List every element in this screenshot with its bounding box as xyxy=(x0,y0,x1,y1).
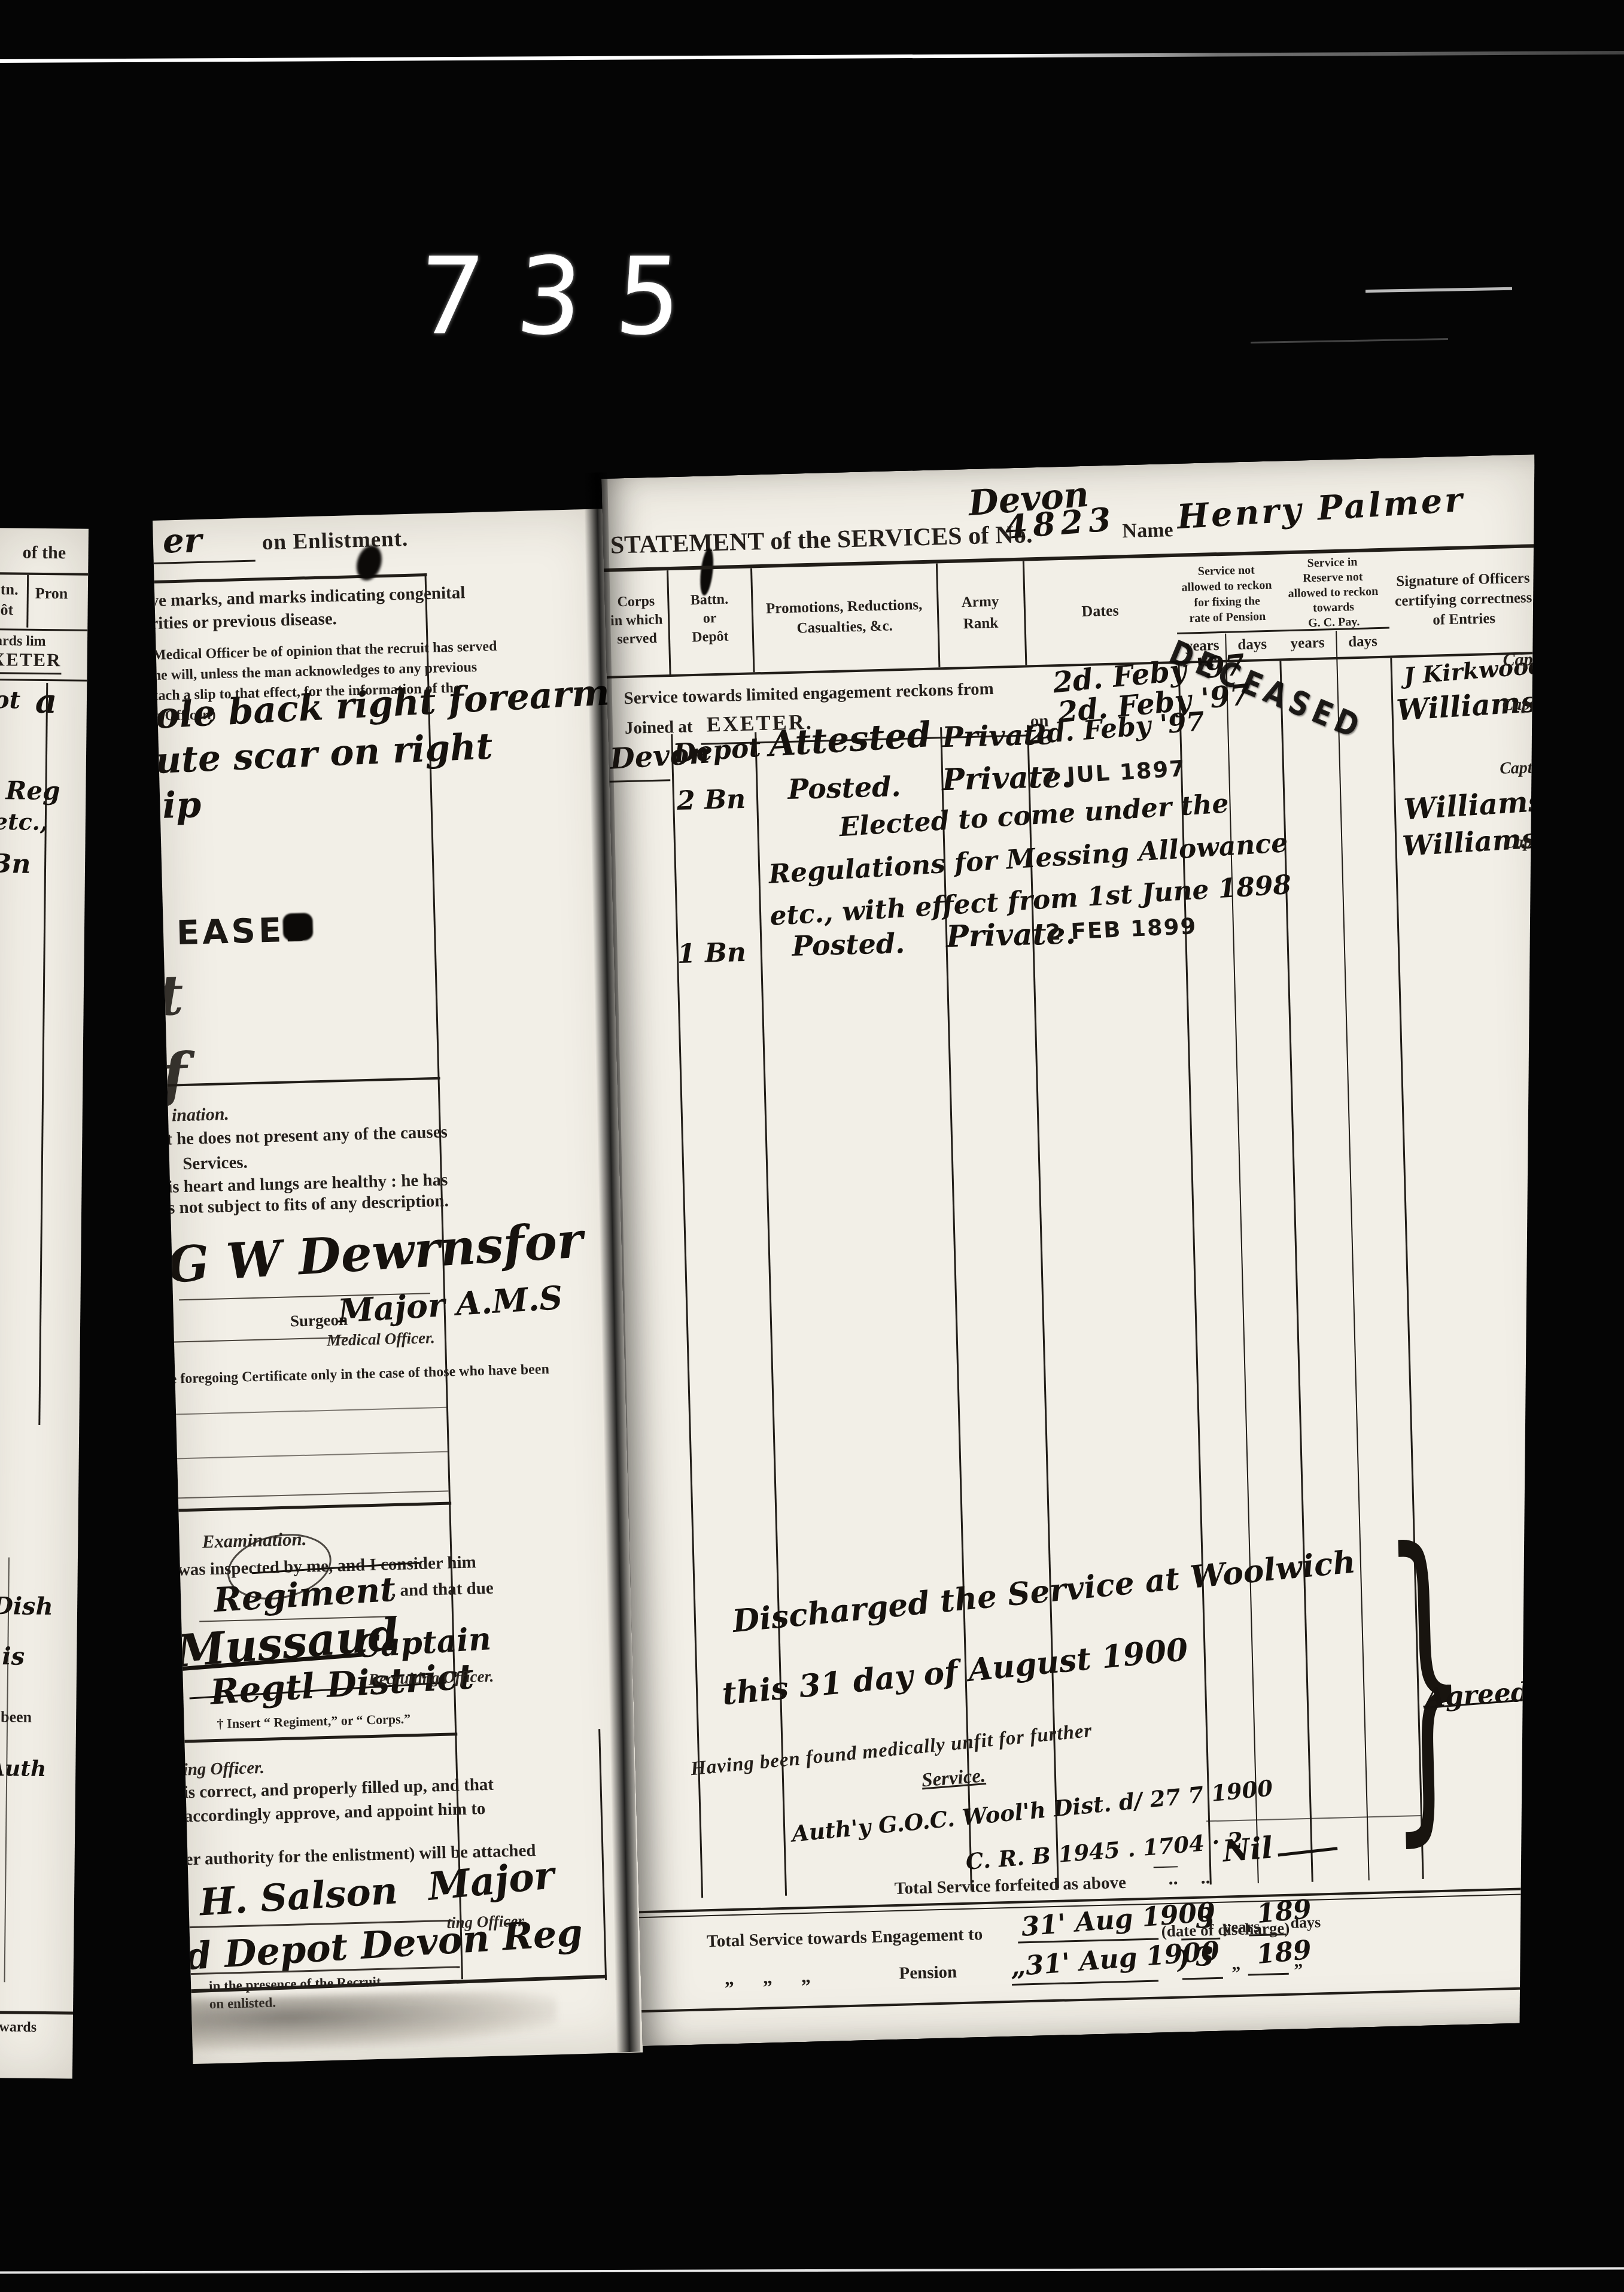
row2-promotion: Posted. xyxy=(787,770,901,805)
medical-heading-tail: ination. xyxy=(172,1104,230,1126)
row4-promotion: Posted. xyxy=(792,927,905,962)
distinctive-marks-handwriting-line3: ip xyxy=(162,784,202,827)
engagement-total-label: Total Service towards Engagement to xyxy=(707,1925,983,1951)
row1-date-handwriting: 2d. Feby '97 xyxy=(1027,706,1206,750)
certifying-signature-4: Williams xyxy=(1403,785,1545,826)
film-top-scratch-line xyxy=(0,51,1624,63)
marks-paragraph-line2: rities or previous disease. xyxy=(153,609,337,634)
pension-total-label: Pension xyxy=(899,1962,957,1984)
row2-battn: 2 Bn xyxy=(676,784,746,816)
film-frame-number: 735 xyxy=(415,235,720,358)
header-signature: Signature of Officers certifying correct… xyxy=(1388,568,1540,631)
recruiting-officer-label: Recruiting Officer. xyxy=(368,1667,494,1689)
examination-section-divider xyxy=(166,1501,451,1512)
column-rule xyxy=(1225,634,1259,1883)
strip-this-fragment: his xyxy=(0,1642,25,1671)
strip-depot-handwriting-fragment: ot xyxy=(0,686,20,714)
service-number-handwriting: 4823 xyxy=(1003,500,1118,546)
forfeited-dots: .. xyxy=(1200,1866,1211,1888)
film-scratch-dash xyxy=(1366,287,1512,293)
strip-battn-header-fragment: tn. xyxy=(1,580,19,598)
enlistment-page: er on Enlistment. ve marks, and marks in… xyxy=(153,509,643,2064)
stray-pen-stroke: t xyxy=(157,963,184,1028)
medical-certify-line2: Services. xyxy=(183,1153,248,1174)
strip-bn-fragment: Bn xyxy=(0,849,31,880)
subheader-days: days xyxy=(1336,633,1390,651)
approve-line1: is correct, and properly filled up, and … xyxy=(183,1775,494,1803)
approving-officer-heading-tail: ing Officer. xyxy=(183,1758,264,1780)
examination-line2: , and that due xyxy=(391,1579,494,1601)
forfeited-columns-rule xyxy=(1206,1815,1421,1822)
row1-corps-underline xyxy=(609,779,670,783)
row4-battn: 1 Bn xyxy=(677,937,746,969)
certificate-note: e foregoing Certificate only in the case… xyxy=(170,1361,549,1388)
header-rank: Army Rank xyxy=(936,591,1024,636)
surgeon-rank-handwriting: Major A.M.S xyxy=(337,1278,564,1330)
stray-pen-stroke: f xyxy=(160,1039,188,1111)
column-rule xyxy=(671,734,703,1898)
engagement-years-handwriting: 3 xyxy=(1196,1902,1215,1935)
totals-brace: } xyxy=(1382,1517,1418,1841)
column-rule xyxy=(1336,631,1370,1880)
certifying-rank-5: Captain. xyxy=(1504,832,1564,853)
enlistment-section-title: on Enlistment. xyxy=(261,526,408,555)
marks-paragraph-line1: ve marks, and marks indicating congenita… xyxy=(153,583,466,611)
strip-of-the-text: of the xyxy=(22,543,66,564)
approving-box-right-border xyxy=(598,1729,607,1980)
strip-rule xyxy=(0,628,87,631)
insert-regiment-note: † Insert “ Regiment,” or “ Corps.” xyxy=(217,1711,410,1731)
forfeited-dots: .. xyxy=(1168,1867,1178,1889)
header-dates: Dates xyxy=(1024,600,1177,622)
strip-towards-limited-fragment: ards lim xyxy=(0,633,46,650)
strip-been-fragment: ng been xyxy=(0,1708,32,1726)
microfilm-scan: 735 of the tn. Pron ôt ards lim XETER ot… xyxy=(0,0,1624,2292)
certifying-rank-2: Captain xyxy=(1502,694,1558,715)
pension-ditto2: „ xyxy=(1294,1951,1303,1971)
blank-form-line xyxy=(171,1451,448,1460)
header-reserve: Service in Reserve not allowed to reckon… xyxy=(1277,554,1389,632)
stamp-ink-blob xyxy=(282,913,313,941)
row1-battn: Depot xyxy=(672,732,762,769)
strip-rule xyxy=(0,572,88,576)
signature-line xyxy=(168,1337,348,1343)
medical-section-divider xyxy=(156,1077,440,1087)
enlistment-box-top-border xyxy=(153,573,427,583)
page-title: STATEMENT of the SERVICES of No. xyxy=(610,520,1033,560)
joined-at-label: Joined at xyxy=(625,717,693,738)
strip-regulations-fragment: Reg xyxy=(5,776,60,805)
medical-certify-line1: t he does not present any of the causes xyxy=(166,1122,448,1149)
header-pension: Service not allowed to reckon for fixing… xyxy=(1175,561,1279,626)
pension-paren: ) xyxy=(1177,1944,1190,1974)
discharge-handwriting-line1: Discharged the Service at Woolwich xyxy=(731,1543,1357,1640)
medical-officer-label: Medical Officer. xyxy=(327,1329,436,1350)
strip-bottom-rule xyxy=(0,2011,73,2015)
certifying-rank-1: Capt xyxy=(1503,649,1538,671)
strip-etc-fragment: etc., xyxy=(0,808,48,835)
value-underline xyxy=(1248,1973,1289,1976)
blank-form-line xyxy=(170,1407,446,1415)
name-label: Name xyxy=(1122,519,1173,543)
days-label: days xyxy=(1290,1913,1321,1932)
forfeited-label: Total Service forfeited as above xyxy=(894,1873,1126,1899)
discharge-handwriting-line2: this 31 day of August 1900 xyxy=(720,1631,1190,1713)
header-battn: Battn. or Depôt xyxy=(667,590,752,648)
approving-section-divider xyxy=(172,1732,457,1743)
soldier-name-handwriting: Henry Palmer xyxy=(1176,480,1465,537)
forfeited-value-handwriting: Nil xyxy=(1221,1829,1274,1868)
left-edge-page-strip: of the tn. Pron ôt ards lim XETER ot a R… xyxy=(0,528,89,2079)
blank-form-line xyxy=(172,1491,449,1499)
strip-depot-header-fragment: ôt xyxy=(0,601,13,619)
forfeited-trailing-dash xyxy=(1278,1847,1338,1856)
pension-days-handwriting: 189 xyxy=(1255,1935,1313,1971)
film-bottom-scratch-line xyxy=(0,2267,1624,2273)
medically-unfit-stamp-line2: Service. xyxy=(921,1765,987,1792)
pension-ditto-marks: „ „ „ xyxy=(724,1965,811,1990)
value-underline xyxy=(1182,1977,1223,1980)
certifying-rank-3: Captain. xyxy=(1500,758,1559,779)
engagement-reckons-label: Service towards limited engagement recko… xyxy=(624,679,994,709)
header-corps: Corps in which served xyxy=(604,592,668,649)
approve-line2: accordingly approve, and appoint him to xyxy=(184,1799,486,1826)
enlistment-name-tail-handwriting: er xyxy=(162,521,202,561)
approving-officer-signature: H. Salson xyxy=(198,1868,399,1924)
strip-column-rule xyxy=(26,575,29,628)
medically-unfit-stamp-line1: Having been found medically unfit for fu… xyxy=(690,1720,1093,1780)
statement-of-services-page: Devon STATEMENT of the SERVICES of No. 4… xyxy=(601,454,1576,2046)
strip-towards-bottom-fragment: e towards xyxy=(0,2019,37,2036)
strip-exeter-stamp-fragment: XETER xyxy=(0,649,62,674)
subheader-years: years xyxy=(1279,634,1336,652)
strip-promotions-header-fragment: Pron xyxy=(35,585,68,603)
page-bottom-smudge xyxy=(174,1989,558,2053)
pension-ditto1: „ xyxy=(1231,1954,1241,1974)
totals-bottom-rule xyxy=(641,1986,1575,2013)
header-promotions: Promotions, Reductions, Casualties, &c. xyxy=(751,594,938,640)
film-scratch-dash-faint xyxy=(1251,338,1448,344)
pension-years-handwriting: 3 xyxy=(1195,1941,1214,1972)
